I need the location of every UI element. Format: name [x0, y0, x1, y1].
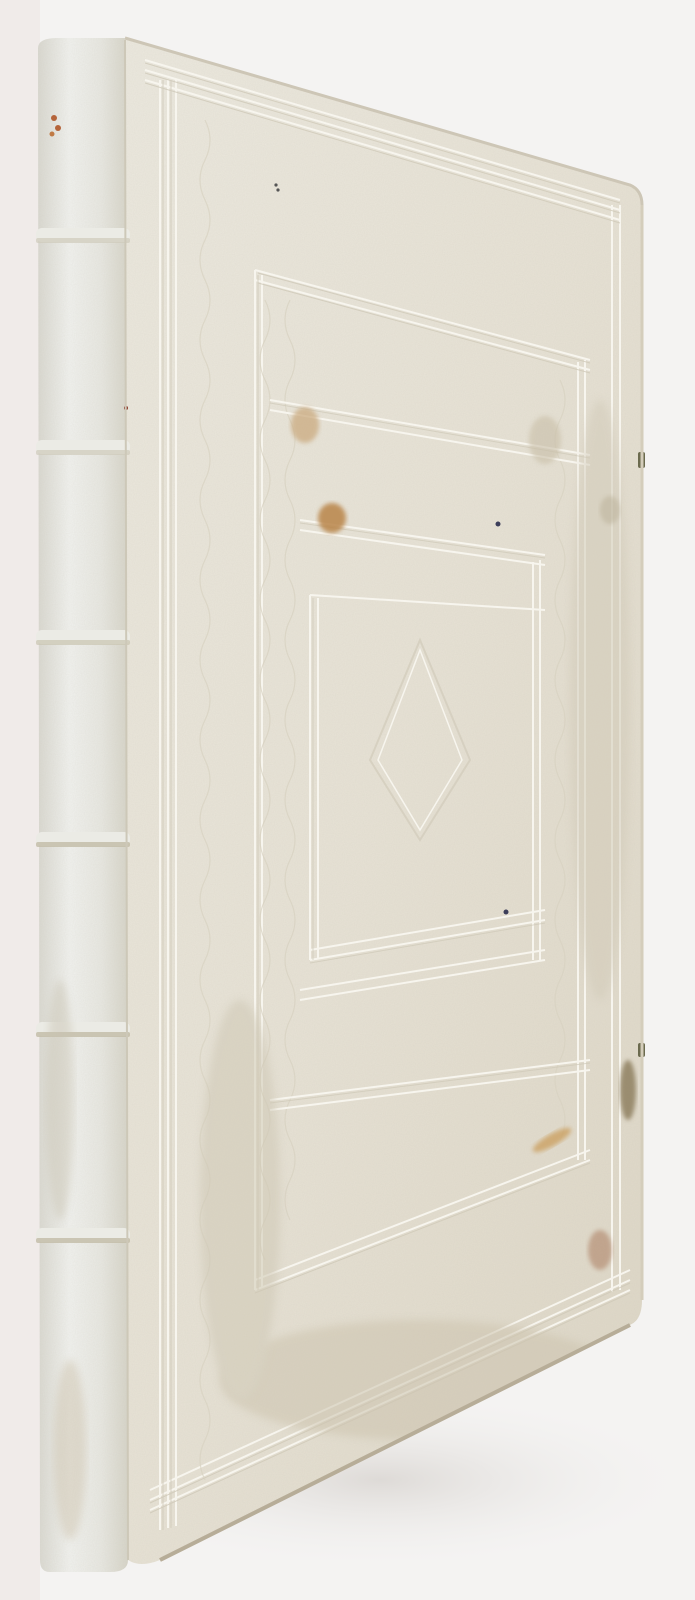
- stain-center-left: [318, 503, 346, 533]
- stain-spine-top: [51, 115, 57, 121]
- spine-band-2: [36, 440, 130, 455]
- book-illustration: [0, 0, 695, 1600]
- spine-band-6: [36, 1228, 130, 1243]
- stain-upper-left: [291, 407, 319, 443]
- book-photo: [0, 0, 695, 1600]
- front-cover: [125, 38, 645, 1564]
- spine-band-3: [36, 630, 130, 645]
- spine: [36, 38, 130, 1572]
- left-shadow: [0, 0, 40, 1600]
- spine-band-1: [36, 228, 130, 243]
- spine-band-4: [36, 832, 130, 847]
